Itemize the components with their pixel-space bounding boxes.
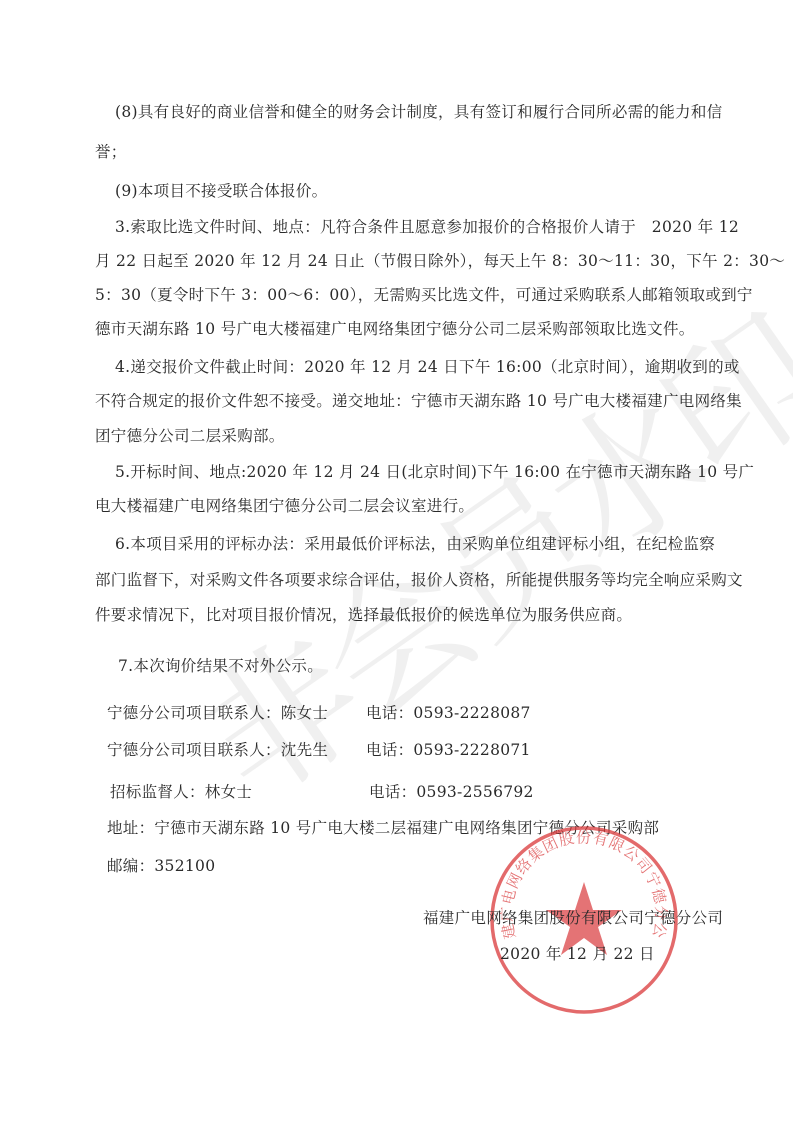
section-7: 7.本次询价结果不对外公示。 xyxy=(118,656,323,676)
contact-2-phone: 电话：0593-2228071 xyxy=(366,740,531,760)
contact-1-name: 宁德分公司项目联系人：陈女士 xyxy=(107,703,328,723)
section-4-line-2: 不符合规定的报价文件恕不接受。递交地址：宁德市天湖东路 10 号广电大楼福建广电… xyxy=(95,391,742,411)
postcode: 邮编：352100 xyxy=(107,856,215,876)
contact-1-phone: 电话：0593-2228087 xyxy=(366,703,531,723)
section-5-line-1: 5.开标时间、地点:2020 年 12 月 24 日(北京时间)下午 16:00… xyxy=(115,462,754,482)
section-3-line-1: 3.索取比选文件时间、地点：凡符合条件且愿意参加报价的合格报价人请于 2020 … xyxy=(115,217,739,237)
section-6-line-2: 部门监督下，对采购文件各项要求综合评估，报价人资格，所能提供服务等均完全响应采购… xyxy=(95,570,743,590)
signature-date: 2020 年 12 月 22 日 xyxy=(500,944,655,964)
section-3-line-2: 月 22 日起至 2020 年 12 月 24 日止（节假日除外），每天上午 8… xyxy=(95,251,785,271)
section-4-line-3: 团宁德分公司二层采购部。 xyxy=(95,426,285,446)
section-6-line-1: 6.本项目采用的评标办法：采用最低价评标法，由采购单位组建评标小组，在纪检监察 xyxy=(115,534,715,554)
supervisor-phone: 电话：0593-2556792 xyxy=(369,782,534,802)
clause-9: (9)本项目不接受联合体报价。 xyxy=(115,181,327,201)
address: 地址：宁德市天湖东路 10 号广电大楼二层福建广电网络集团宁德分公司采购部 xyxy=(107,818,659,838)
contact-2-name: 宁德分公司项目联系人：沈先生 xyxy=(107,740,328,760)
clause-8-line-2: 誉； xyxy=(95,142,127,162)
section-4-line-1: 4.递交报价文件截止时间：2020 年 12 月 24 日下午 16:00（北京… xyxy=(115,357,740,377)
signature-company: 福建广电网络集团股份有限公司宁德分公司 xyxy=(423,908,723,928)
supervisor-name: 招标监督人：林女士 xyxy=(110,782,252,802)
section-3-line-3: 5：30（夏令时下午 3：00～6：00），无需购买比选文件，可通过采购联系人邮… xyxy=(95,285,753,305)
section-6-line-3: 件要求情况下，比对项目报价情况，选择最低报价的候选单位为服务供应商。 xyxy=(95,605,632,625)
section-3-line-4: 德市天湖东路 10 号广电大楼福建广电网络集团宁德分公司二层采购部领取比选文件。 xyxy=(95,319,695,339)
clause-8-line-1: (8)具有良好的商业信誉和健全的财务会计制度，具有签订和履行合同所必需的能力和信 xyxy=(115,102,722,122)
section-5-line-2: 电大楼福建广电网络集团宁德分公司二层会议室进行。 xyxy=(95,496,474,516)
